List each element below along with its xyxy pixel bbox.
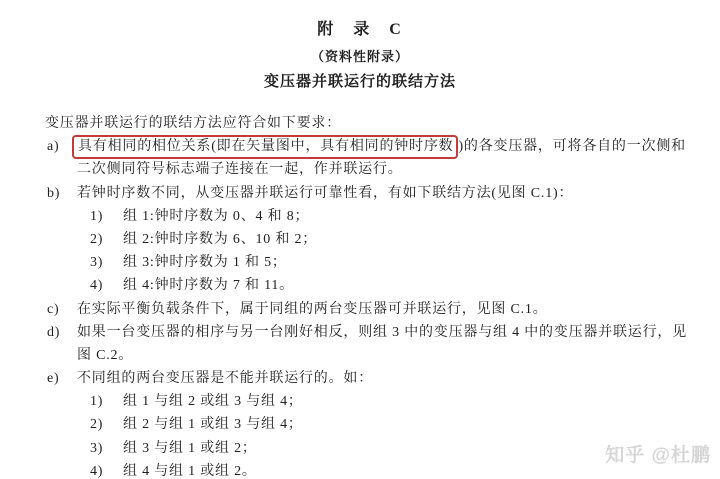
item-a-line1: 具有相同的相位关系(即在矢量图中，具有相同的钟时序数)的各变压器，可将各自的一次… (77, 135, 680, 158)
document-body: 变压器并联运行的联结方法应符合如下要求： a) 具有相同的相位关系(即在矢量图中… (45, 112, 680, 479)
list-item-d: d) 如果一台变压器的相序与另一台刚好相反，则组 3 中的变压器与组 4 中的变… (45, 321, 680, 367)
item-a-highlighted-text: 具有相同的相位关系(即在矢量图中，具有相同的钟时序数 (78, 139, 453, 154)
list-subitem-e3: 3) 组 3 与组 1 或组 2； (45, 437, 680, 460)
item-a-rest-text: )的各变压器，可将各自的一次侧和 (458, 139, 685, 154)
subitem-e3-marker: 3) (90, 437, 103, 460)
subitem-b2-marker: 2) (90, 228, 103, 251)
list-subitem-e1: 1) 组 1 与组 2 或组 3 与组 4； (45, 390, 680, 413)
item-d-line2: 图 C.2。 (77, 344, 680, 367)
list-subitem-b4: 4) 组 4:钟时序数为 7 和 11。 (45, 274, 680, 297)
document-header: 附 录 C （资料性附录） 变压器并联运行的联结方法 (0, 0, 720, 91)
subitem-b4-text: 组 4:钟时序数为 7 和 11。 (123, 274, 680, 297)
subitem-b4-marker: 4) (90, 274, 103, 297)
item-b-text: 若钟时序数不同，从变压器并联运行可靠性看，有如下联结方法(见图 C.1)： (77, 182, 680, 205)
item-b-marker: b) (47, 182, 60, 205)
list-item-a: a) 具有相同的相位关系(即在矢量图中，具有相同的钟时序数)的各变压器，可将各自… (45, 135, 680, 181)
list-subitem-e2: 2) 组 2 与组 1 或组 3 与组 4； (45, 413, 680, 436)
list-item-e: e) 不同组的两台变压器是不能并联运行的。如： (45, 367, 680, 390)
list-subitem-b2: 2) 组 2:钟时序数为 6、10 和 2； (45, 228, 680, 251)
appendix-title: 附 录 C (0, 16, 720, 39)
subitem-e2-text: 组 2 与组 1 或组 3 与组 4； (123, 413, 680, 436)
document-page: 附 录 C （资料性附录） 变压器并联运行的联结方法 变压器并联运行的联结方法应… (0, 0, 720, 479)
appendix-type-subtitle: （资料性附录） (0, 46, 720, 65)
list-item-b: b) 若钟时序数不同，从变压器并联运行可靠性看，有如下联结方法(见图 C.1)： (45, 182, 680, 205)
intro-line: 变压器并联运行的联结方法应符合如下要求： (45, 112, 680, 135)
item-d-line1: 如果一台变压器的相序与另一台刚好相反，则组 3 中的变压器与组 4 中的变压器并… (77, 321, 680, 344)
list-item-c: c) 在实际平衡负载条件下，属于同组的两台变压器可并联运行，见图 C.1。 (45, 298, 680, 321)
subitem-e3-text: 组 3 与组 1 或组 2； (123, 437, 680, 460)
item-a-marker: a) (47, 135, 59, 158)
list-subitem-e4: 4) 组 4 与组 1 或组 2。 (45, 460, 680, 479)
list-subitem-b3: 3) 组 3:钟时序数为 1 和 5； (45, 251, 680, 274)
item-d-marker: d) (47, 321, 60, 344)
subitem-e4-text: 组 4 与组 1 或组 2。 (123, 460, 680, 479)
list-subitem-b1: 1) 组 1:钟时序数为 0、4 和 8； (45, 205, 680, 228)
item-e-marker: e) (47, 367, 59, 390)
subitem-b1-marker: 1) (90, 205, 103, 228)
subitem-b3-marker: 3) (90, 251, 103, 274)
item-e-text: 不同组的两台变压器是不能并联运行的。如： (77, 367, 680, 390)
subitem-e1-marker: 1) (90, 390, 103, 413)
subitem-b1-text: 组 1:钟时序数为 0、4 和 8； (123, 205, 680, 228)
subitem-b2-text: 组 2:钟时序数为 6、10 和 2； (123, 228, 680, 251)
item-a-line2: 二次侧同符号标志端子连接在一起，作并联运行。 (77, 158, 680, 181)
item-c-marker: c) (47, 298, 59, 321)
zhihu-watermark: 知乎 @杜鹏 (605, 440, 711, 467)
item-c-text: 在实际平衡负载条件下，属于同组的两台变压器可并联运行，见图 C.1。 (77, 298, 680, 321)
subitem-e2-marker: 2) (90, 413, 103, 436)
subitem-b3-text: 组 3:钟时序数为 1 和 5； (123, 251, 680, 274)
document-title: 变压器并联运行的联结方法 (0, 70, 720, 91)
subitem-e4-marker: 4) (90, 460, 103, 479)
red-highlight-box: 具有相同的相位关系(即在矢量图中，具有相同的钟时序数 (72, 135, 458, 159)
subitem-e1-text: 组 1 与组 2 或组 3 与组 4； (123, 390, 680, 413)
